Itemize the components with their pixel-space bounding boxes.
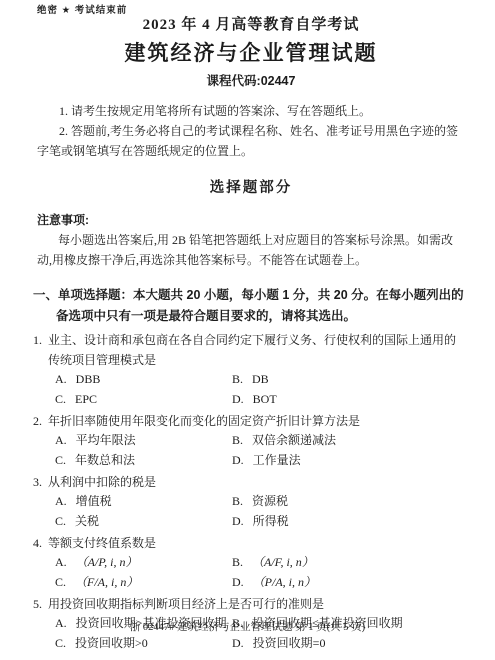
option-text: DB [252, 372, 269, 386]
option-label: D. [232, 453, 244, 467]
option-label: C. [55, 514, 66, 528]
option-a: A.（A/P, i, n） [55, 553, 232, 573]
option-text: 关税 [75, 514, 99, 528]
question-options: A.（A/P, i, n）B.（A/F, i, n）C.（F/A, i, n）D… [55, 553, 465, 592]
option-label: B. [232, 555, 243, 569]
part-one-heading: 一、单项选择题：本大题共 20 小题，每小题 1 分，共 20 分。在每小题列出… [33, 285, 465, 327]
option-c: C.关税 [55, 512, 232, 532]
option-label: D. [232, 392, 244, 406]
option-label: C. [55, 575, 66, 589]
option-d: D.工作量法 [232, 451, 465, 471]
question-text: 业主、设计商和承包商在各自合同约定下履行义务、行使权利的国际上通用的传统项目管理… [48, 333, 456, 367]
option-a: A.增值税 [55, 492, 232, 512]
option-d: D.（P/A, i, n） [232, 573, 465, 593]
option-c: C.投资回收期>0 [55, 634, 232, 654]
option-label: B. [232, 372, 243, 386]
option-label: C. [55, 392, 66, 406]
option-label: D. [232, 575, 244, 589]
instruction-item-2: 2. 答题前,考生务必将自己的考试课程名称、姓名、准考证号用黑色字迹的签字笔或钢… [37, 121, 465, 161]
question-number: 3. [33, 472, 48, 492]
question-stem: 4.等额支付终值系数是 [33, 533, 465, 553]
option-b: B.双倍余额递减法 [232, 431, 465, 451]
question-options: A.DBBB.DBC.EPCD.BOT [55, 370, 465, 409]
notes-body: 每小题选出答案后,用 2B 铅笔把答题纸上对应题目的答案标号涂黑。如需改动,用橡… [37, 230, 465, 270]
instruction-item-1: 1. 请考生按规定用笔将所有试题的答案涂、写在答题纸上。 [37, 101, 465, 121]
option-label: A. [55, 372, 67, 386]
option-text: （F/A, i, n） [75, 575, 138, 589]
option-label: D. [232, 636, 244, 650]
question-options: A.平均年限法B.双倍余额递减法C.年数总和法D.工作量法 [55, 431, 465, 470]
question: 3.从利润中扣除的税是 A.增值税B.资源税C.关税D.所得税 [33, 472, 465, 531]
question-text: 等额支付终值系数是 [48, 536, 156, 550]
option-d: D.所得税 [232, 512, 465, 532]
part-one-marker: 一、 [33, 288, 58, 302]
question: 4.等额支付终值系数是 A.（A/P, i, n）B.（A/F, i, n）C.… [33, 533, 465, 592]
option-label: C. [55, 636, 66, 650]
option-text: 所得税 [253, 514, 289, 528]
exam-page: 绝密 ★ 考试结束前 2023 年 4 月高等教育自学考试 建筑经济与企业管理试… [0, 0, 495, 660]
question-options: A.增值税B.资源税C.关税D.所得税 [55, 492, 465, 531]
option-label: D. [232, 514, 244, 528]
option-text: 年数总和法 [75, 453, 135, 467]
option-text: 双倍余额递减法 [252, 433, 336, 447]
option-text: 资源税 [252, 494, 288, 508]
option-label: A. [55, 555, 67, 569]
option-text: EPC [75, 392, 97, 406]
question-text: 年折旧率随使用年限变化而变化的固定资产折旧计算方法是 [48, 414, 360, 428]
option-c: C.年数总和法 [55, 451, 232, 471]
exam-session-title: 2023 年 4 月高等教育自学考试 [37, 13, 465, 34]
section-title: 选择题部分 [37, 176, 465, 197]
option-text: DBB [76, 372, 101, 386]
course-code: 课程代码:02447 [37, 71, 465, 89]
option-a: A.平均年限法 [55, 431, 232, 451]
question-stem: 1.业主、设计商和承包商在各自合同约定下履行义务、行使权利的国际上通用的传统项目… [33, 330, 465, 370]
option-label: A. [55, 433, 67, 447]
question-text: 用投资回收期指标判断项目经济上是否可行的准则是 [48, 597, 324, 611]
questions: 1.业主、设计商和承包商在各自合同约定下履行义务、行使权利的国际上通用的传统项目… [33, 330, 465, 653]
option-d: D.投资回收期=0 [232, 634, 465, 654]
option-c: C.（F/A, i, n） [55, 573, 232, 593]
option-b: B.DB [232, 370, 465, 390]
security-notice: 绝密 ★ 考试结束前 [37, 2, 127, 16]
option-text: （P/A, i, n） [253, 575, 316, 589]
option-d: D.BOT [232, 390, 465, 410]
option-label: B. [232, 433, 243, 447]
question-number: 4. [33, 533, 48, 553]
question: 1.业主、设计商和承包商在各自合同约定下履行义务、行使权利的国际上通用的传统项目… [33, 330, 465, 409]
page-title: 建筑经济与企业管理试题 [37, 37, 465, 67]
option-label: C. [55, 453, 66, 467]
question-text: 从利润中扣除的税是 [48, 475, 156, 489]
option-text: 投资回收期=0 [253, 636, 326, 650]
option-text: BOT [253, 392, 277, 406]
option-a: A.DBB [55, 370, 232, 390]
option-b: B.资源税 [232, 492, 465, 512]
option-label: A. [55, 494, 67, 508]
footer-page-info: 浙 02447# 建筑经济与企业管理试题 第 1 页(共 5 页) [0, 619, 495, 634]
question-stem: 3.从利润中扣除的税是 [33, 472, 465, 492]
question-number: 1. [33, 330, 48, 350]
question-stem: 2.年折旧率随使用年限变化而变化的固定资产折旧计算方法是 [33, 411, 465, 431]
question-number: 2. [33, 411, 48, 431]
option-text: 投资回收期>0 [75, 636, 148, 650]
option-text: 平均年限法 [76, 433, 136, 447]
option-text: 增值税 [76, 494, 112, 508]
option-c: C.EPC [55, 390, 232, 410]
part-one-text: 单项选择题：本大题共 20 小题，每小题 1 分，共 20 分。在每小题列出的备… [56, 288, 464, 323]
option-b: B.（A/F, i, n） [232, 553, 465, 573]
question: 2.年折旧率随使用年限变化而变化的固定资产折旧计算方法是 A.平均年限法B.双倍… [33, 411, 465, 470]
question-stem: 5.用投资回收期指标判断项目经济上是否可行的准则是 [33, 594, 465, 614]
option-text: （A/F, i, n） [252, 555, 314, 569]
general-instructions: 1. 请考生按规定用笔将所有试题的答案涂、写在答题纸上。 2. 答题前,考生务必… [37, 101, 465, 161]
notes-heading: 注意事项: [37, 211, 465, 228]
option-text: （A/P, i, n） [76, 555, 138, 569]
option-label: B. [232, 494, 243, 508]
option-text: 工作量法 [253, 453, 301, 467]
question-number: 5. [33, 594, 48, 614]
